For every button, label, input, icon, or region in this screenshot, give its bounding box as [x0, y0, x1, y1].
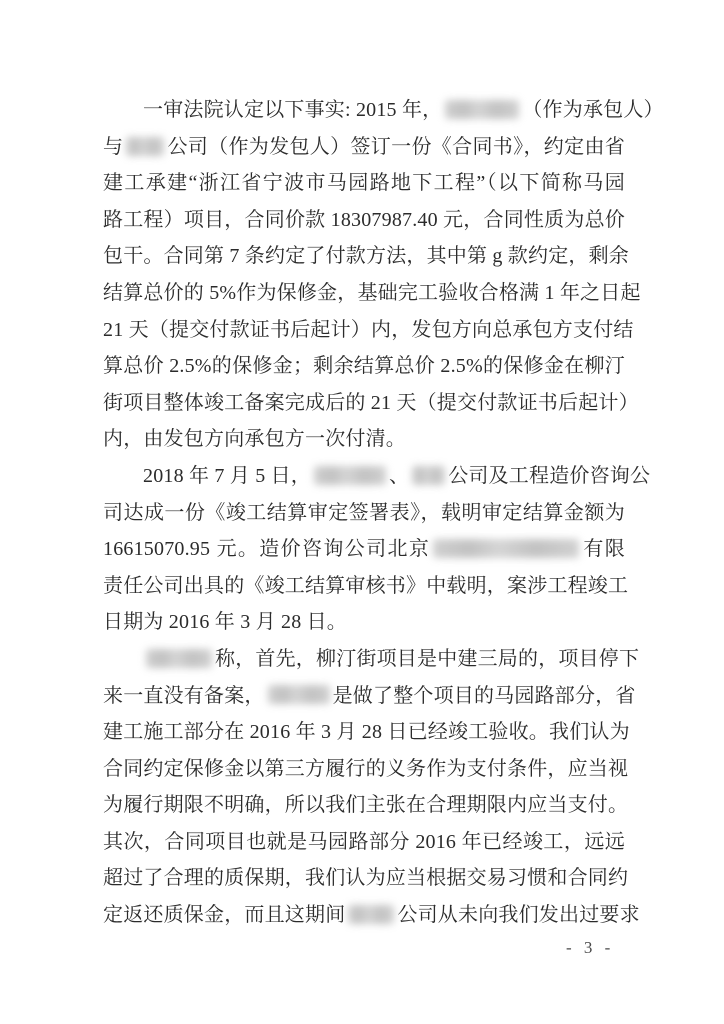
paragraph: 2018 年 7 月 5 日，、公司及工程造价咨询公司达成一份《竣工结算审定签署… — [103, 458, 625, 641]
text-line: 来一直没有备案，是做了整个项目的马园路部分，省 — [103, 678, 625, 715]
redaction-blur — [412, 466, 445, 485]
text-run: 建工承建“浙江省宁波市马园路地下工程”（以下简称马园 — [103, 172, 625, 194]
document-page: 一审法院认定以下事实: 2015 年，（作为承包人）与公司（作为发包人）签订一份… — [0, 0, 724, 1024]
text-run: 公司（作为发包人）签订一份《合同书》，约定由省 — [167, 136, 625, 158]
text-run: 责任公司出具的《竣工结算审核书》中载明，案涉工程竣工 — [103, 575, 628, 597]
redaction-blur — [126, 137, 164, 156]
text-run: 公司及工程造价咨询公 — [448, 465, 650, 487]
text-run: 一审法院认定以下事实: 2015 年， — [143, 99, 442, 121]
text-line: 日期为 2016 年 3 月 28 日。 — [103, 604, 625, 641]
text-line: 合同约定保修金以第三方履行的义务作为支付条件，应当视 — [103, 751, 625, 788]
paragraph: 一审法院认定以下事实: 2015 年，（作为承包人）与公司（作为发包人）签订一份… — [103, 92, 625, 458]
redaction-blur — [445, 100, 519, 119]
text-line: 路工程）项目，合同价款 18307987.40 元，合同性质为总价 — [103, 202, 625, 239]
redaction-blur — [433, 539, 579, 558]
text-run: 司达成一份《竣工结算审定签署表》，载明审定结算金额为 — [103, 502, 625, 524]
text-line: 包干。合同第 7 条约定了付款方法，其中第 g 款约定，剩余 — [103, 238, 625, 275]
text-line: 2018 年 7 月 5 日，、公司及工程造价咨询公 — [103, 458, 625, 495]
text-run: 定返还质保金，而且这期间 — [103, 904, 345, 926]
text-line: 称，首先，柳汀街项目是中建三局的，项目停下 — [103, 641, 625, 678]
text-line: 16615070.95 元。造价咨询公司北京有限 — [103, 531, 625, 568]
text-run: 算总价 2.5%的保修金；剩余结算总价 2.5%的保修金在柳汀 — [103, 355, 625, 377]
text-line: 超过了合理的质保期，我们认为应当根据交易习惯和合同约 — [103, 860, 625, 897]
text-run: 日期为 2016 年 3 月 28 日。 — [103, 611, 347, 633]
text-line: 建工承建“浙江省宁波市马园路地下工程”（以下简称马园 — [103, 165, 625, 202]
text-run: 是做了整个项目的马园路部分，省 — [333, 685, 636, 707]
text-line: 为履行期限不明确，所以我们主张在合理期限内应当支付。 — [103, 787, 625, 824]
text-run: 与 — [103, 136, 123, 158]
redaction-blur — [268, 685, 330, 704]
text-run: 公司从未向我们发出过要求 — [397, 904, 639, 926]
text-run: （作为承包人） — [522, 99, 663, 121]
text-run: 其次，合同项目也就是马园路部分 2016 年已经竣工，远远 — [103, 831, 625, 853]
page-number: - 3 - — [566, 938, 614, 958]
text-line: 21 天（提交付款证书后起计）内，发包方向总承包方支付结 — [103, 312, 625, 349]
text-run: 路工程）项目，合同价款 18307987.40 元，合同性质为总价 — [103, 209, 625, 231]
text-line: 内，由发包方向承包方一次付清。 — [103, 421, 625, 458]
text-run: 建工施工部分在 2016 年 3 月 28 日已经竣工验收。我们认为 — [103, 721, 630, 743]
text-run: 2018 年 7 月 5 日， — [143, 465, 311, 487]
paragraph: 称，首先，柳汀街项目是中建三局的，项目停下来一直没有备案，是做了整个项目的马园路… — [103, 641, 625, 934]
text-line: 其次，合同项目也就是马园路部分 2016 年已经竣工，远远 — [103, 824, 625, 861]
redaction-blur — [146, 649, 212, 668]
text-run: 合同约定保修金以第三方履行的义务作为支付条件，应当视 — [103, 758, 628, 780]
text-block: 一审法院认定以下事实: 2015 年，（作为承包人）与公司（作为发包人）签订一份… — [103, 92, 625, 934]
text-run: 为履行期限不明确，所以我们主张在合理期限内应当支付。 — [103, 794, 628, 816]
text-line: 建工施工部分在 2016 年 3 月 28 日已经竣工验收。我们认为 — [103, 714, 625, 751]
text-run: 街项目整体竣工备案完成后的 21 天（提交付款证书后起计） — [103, 392, 639, 414]
text-run: 、 — [389, 465, 409, 487]
text-run: 超过了合理的质保期，我们认为应当根据交易习惯和合同约 — [103, 867, 628, 889]
text-run: 21 天（提交付款证书后起计）内，发包方向总承包方支付结 — [103, 319, 634, 341]
text-run: 内，由发包方向承包方一次付清。 — [103, 428, 406, 450]
text-line: 责任公司出具的《竣工结算审核书》中载明，案涉工程竣工 — [103, 568, 625, 605]
text-line: 街项目整体竣工备案完成后的 21 天（提交付款证书后起计） — [103, 385, 625, 422]
text-line: 一审法院认定以下事实: 2015 年，（作为承包人） — [103, 92, 625, 129]
text-run: 来一直没有备案， — [103, 685, 265, 707]
text-run: 结算总价的 5%作为保修金，基础完工验收合格满 1 年之日起 — [103, 282, 641, 304]
text-line: 司达成一份《竣工结算审定签署表》，载明审定结算金额为 — [103, 495, 625, 532]
text-run: 称，首先，柳汀街项目是中建三局的，项目停下 — [215, 648, 639, 670]
text-line: 定返还质保金，而且这期间公司从未向我们发出过要求 — [103, 897, 625, 934]
text-line: 算总价 2.5%的保修金；剩余结算总价 2.5%的保修金在柳汀 — [103, 348, 625, 385]
redaction-blur — [348, 905, 394, 924]
redaction-blur — [314, 466, 386, 485]
text-run: 有限 — [582, 538, 625, 560]
text-run: 16615070.95 元。造价咨询公司北京 — [103, 538, 430, 560]
text-line: 结算总价的 5%作为保修金，基础完工验收合格满 1 年之日起 — [103, 275, 625, 312]
text-line: 与公司（作为发包人）签订一份《合同书》，约定由省 — [103, 129, 625, 166]
text-run: 包干。合同第 7 条约定了付款方法，其中第 g 款约定，剩余 — [103, 245, 629, 267]
